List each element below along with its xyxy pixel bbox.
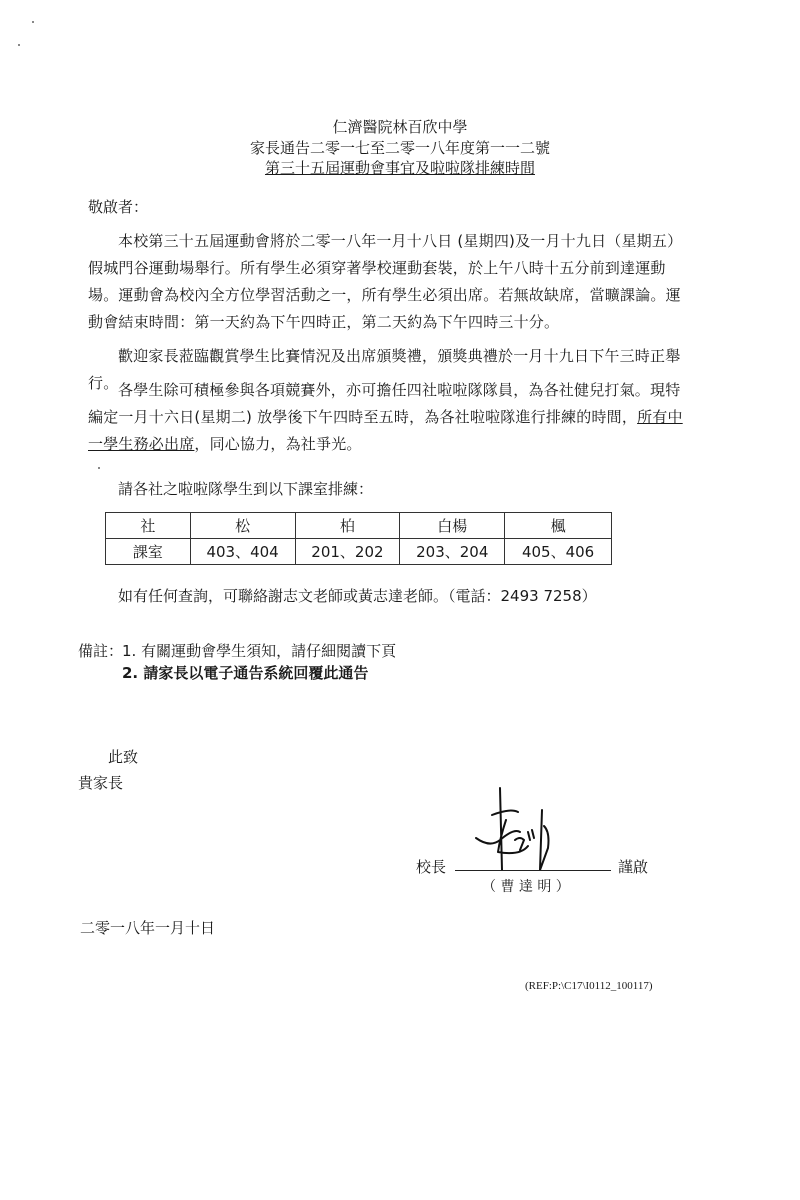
enquiry-contact: 如有任何查詢，可聯絡謝志文老師或黃志達老師。（電話：2493 7258） [118,585,597,606]
table-cell: 203、204 [400,539,505,565]
scan-speck [18,44,20,46]
closing-line-1: 此致 [108,746,138,767]
remark-item-2: 2. 請家長以電子通告系統回覆此通告 [122,662,368,683]
remarks-label: 備註： [78,640,123,661]
notice-subject: 第三十五屆運動會事宜及啦啦隊排練時間 [265,159,535,177]
signatory-title: 校長 [416,856,446,877]
notice-number: 家長通告二零一七至二零一八年度第一一二號 [0,138,800,158]
cheerleading-text: 各學生除可積極參與各項競賽外，亦可擔任四社啦啦隊隊員，為各社健兒打氣。現特編定一… [88,381,680,426]
table-cell: 楓 [505,513,612,539]
table-cell: 社 [106,513,191,539]
table-cell: 課室 [106,539,191,565]
signatory-name: （ 曹 達 明 ） [482,876,570,896]
table-cell: 405、406 [505,539,612,565]
room-allocation-table: 社 松 柏 白楊 楓 課室 403、404 201、202 203、204 40… [105,512,612,565]
closing-line-2: 貴家長 [78,772,123,793]
reference-code: (REF:P:\C17\I0112_100117) [525,980,653,992]
table-cell: 白楊 [400,513,505,539]
table-cell: 403、404 [190,539,295,565]
salutation: 敬啟者： [88,196,148,217]
table-row-classroom: 課室 403、404 201、202 203、204 405、406 [106,539,612,565]
table-cell: 201、202 [295,539,400,565]
rehearsal-instruction: 請各社之啦啦隊學生到以下課室排練： [118,478,373,499]
table-cell: 松 [190,513,295,539]
remark-item-1: 1. 有關運動會學生須知，請仔細閱讀下頁 [122,640,396,661]
table-cell: 柏 [295,513,400,539]
paragraph-sports-day: 本校第三十五屆運動會將於二零一八年一月十八日 (星期四)及一月十九日（星期五）假… [88,228,688,336]
school-name: 仁濟醫院林百欣中學 [0,117,800,137]
notice-date: 二零一八年一月十日 [80,917,215,938]
cheerleading-closing-text: ，同心協力，為社爭光。 [194,435,361,453]
signature-line [455,870,611,871]
handwritten-signature-icon [470,780,560,875]
scan-speck [98,467,100,469]
paragraph-cheerleading: 各學生除可積極參與各項競賽外，亦可擔任四社啦啦隊隊員，為各社健兒打氣。現特編定一… [88,377,688,458]
scan-speck [32,21,34,23]
signatory-suffix: 謹啟 [618,856,648,877]
table-row-house: 社 松 柏 白楊 楓 [106,513,612,539]
